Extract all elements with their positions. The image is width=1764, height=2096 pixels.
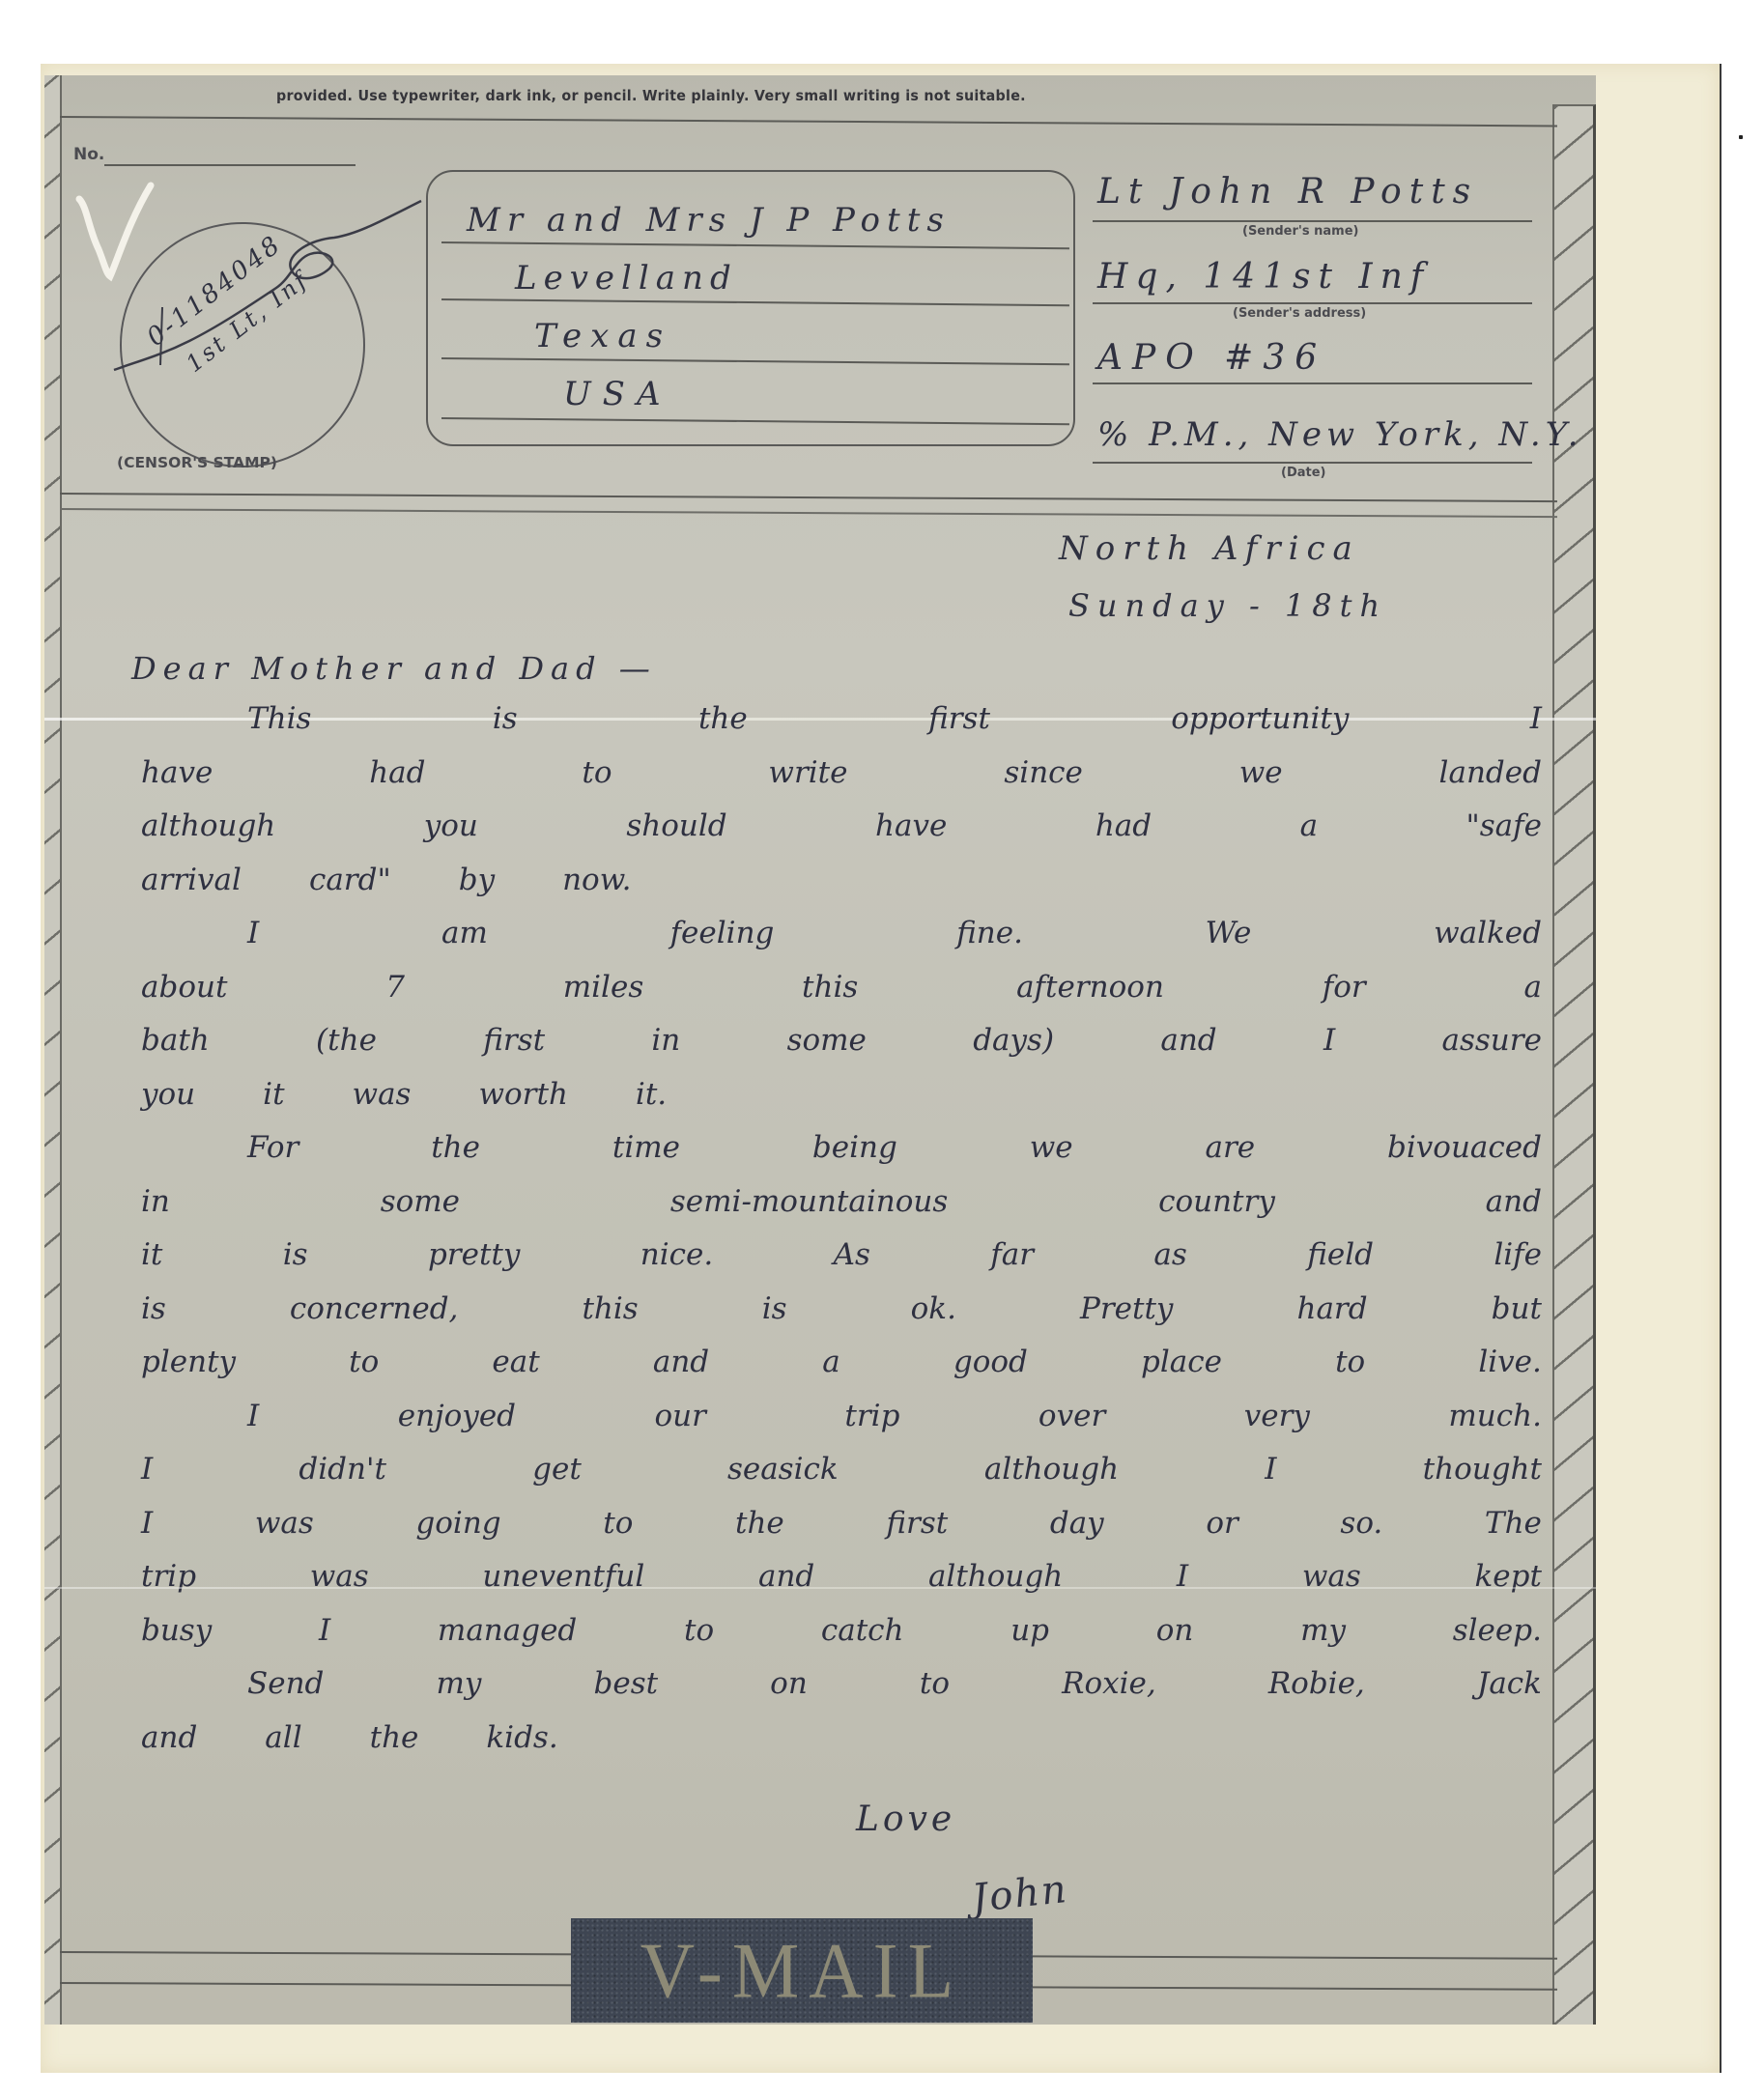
letter-word: worth	[478, 1077, 567, 1112]
letter-line: plentytoeatandagoodplacetolive.	[141, 1345, 1542, 1379]
form-instructions: provided. Use typewriter, dark ink, or p…	[276, 87, 1076, 104]
letter-word: to	[349, 1345, 379, 1379]
header-top-rule	[60, 116, 1557, 127]
letter-word: being	[812, 1130, 897, 1165]
recipient-country: USA	[563, 375, 672, 413]
letter-word: first	[886, 1506, 948, 1541]
letter-line: insomesemi-mountainouscountryand	[141, 1184, 1542, 1219]
letter-line: isconcerned,thisisok.Prettyhardbut	[141, 1291, 1542, 1326]
letter-line: Ienjoyedourtripoververymuch.	[141, 1399, 1542, 1433]
letter-word: a	[1300, 808, 1318, 843]
letter-word: This	[247, 701, 311, 736]
number-label: No.	[73, 145, 104, 164]
letter-word: my	[1300, 1613, 1346, 1648]
letter-word: I	[141, 1506, 153, 1541]
recipient-city: Levelland	[515, 259, 738, 297]
letter-word: far	[990, 1237, 1034, 1272]
letter-word: busy	[141, 1613, 212, 1648]
letter-line: ThisisthefirstopportunityI	[141, 701, 1542, 736]
letter-word: you	[141, 1077, 195, 1112]
letter-word: my	[437, 1666, 482, 1701]
letter-word: we	[1239, 755, 1283, 790]
letter-word: by	[459, 863, 495, 897]
letter-word: Jack	[1477, 1666, 1542, 1701]
letter-word: walked	[1434, 916, 1542, 950]
letter-word: much.	[1448, 1399, 1542, 1433]
separator-rule-1	[60, 493, 1557, 502]
letter-word: seasick	[727, 1452, 839, 1487]
letter-line: althoughyoushouldhavehada"safe	[141, 808, 1542, 843]
letter-word: to	[920, 1666, 950, 1701]
letter-word: in	[651, 1023, 680, 1058]
letter-word: good	[953, 1345, 1028, 1379]
letter-word: day	[1050, 1506, 1104, 1541]
letter-word: was	[255, 1506, 314, 1541]
censor-stamp-label: (CENSOR'S STAMP)	[117, 454, 277, 471]
letter-word: the	[735, 1506, 784, 1541]
letter-word: country	[1158, 1184, 1275, 1219]
address-line-2	[441, 298, 1069, 306]
letter-word: nice.	[640, 1237, 713, 1272]
sender-name-label: (Sender's name)	[1242, 224, 1359, 239]
fold-crease-lower	[44, 1587, 1596, 1589]
letter-word: in	[141, 1184, 170, 1219]
letter-word: we	[1030, 1130, 1073, 1165]
letter-line: havehadtowritesincewelanded	[141, 755, 1542, 790]
letter-word: concerned,	[290, 1291, 459, 1326]
letter-word: to	[1335, 1345, 1365, 1379]
letter-line: youitwasworthit.	[141, 1077, 1542, 1112]
letter-word: get	[532, 1452, 582, 1487]
letter-word: am	[441, 916, 488, 950]
letter-word: managed	[438, 1613, 577, 1648]
letter-word: afternoon	[1016, 970, 1164, 1005]
letter-signature: John	[970, 1867, 1070, 1921]
letter-word: catch	[821, 1613, 904, 1648]
letter-closing: Love	[856, 1799, 955, 1839]
letter-word: Pretty	[1080, 1291, 1173, 1326]
letter-word: although	[141, 808, 275, 843]
letter-word: write	[768, 755, 847, 790]
letter-word: trip	[844, 1399, 899, 1433]
letter-word: the	[370, 1720, 419, 1755]
letter-word: I	[1323, 1023, 1335, 1058]
letter-word: semi-mountainous	[670, 1184, 948, 1219]
letter-word: on	[770, 1666, 808, 1701]
vmail-banner-text: V-MAIL	[640, 1925, 963, 2017]
letter-word: up	[1010, 1613, 1049, 1648]
sender-name: Lt John R Potts	[1097, 172, 1478, 212]
letter-word: the	[431, 1130, 480, 1165]
letter-word: eat	[492, 1345, 539, 1379]
letter-word: it.	[636, 1077, 667, 1112]
letter-word: enjoyed	[398, 1399, 516, 1433]
letter-word: it	[141, 1237, 162, 1272]
letter-word: or	[1206, 1506, 1238, 1541]
letter-word: some	[787, 1023, 867, 1058]
scan-speck	[1739, 135, 1743, 139]
letter-word: some	[381, 1184, 460, 1219]
letter-word: plenty	[141, 1345, 236, 1379]
letter-word: As	[834, 1237, 870, 1272]
letter-line: Iamfeelingfine.Wewalked	[141, 916, 1542, 950]
letter-word: live.	[1478, 1345, 1542, 1379]
letter-word: our	[654, 1399, 705, 1433]
letter-line: Iwasgoingtothefirstdayorso.The	[141, 1506, 1542, 1541]
letter-word: I	[141, 1452, 153, 1487]
sender-postmaster: % P.M., New York, N.Y.	[1097, 415, 1583, 454]
right-hatched-border	[1552, 104, 1596, 2025]
sender-name-line	[1093, 220, 1532, 222]
letter-word: ok.	[911, 1291, 956, 1326]
letter-word: was	[353, 1077, 412, 1112]
separator-rule-2	[60, 508, 1557, 518]
letter-word: have	[141, 755, 213, 790]
sender-address: Hq, 141st Inf	[1097, 257, 1431, 297]
letter-word: and	[653, 1345, 709, 1379]
letter-word: hard	[1296, 1291, 1367, 1326]
letter-word: bivouaced	[1387, 1130, 1542, 1165]
letter-word: I	[247, 1399, 259, 1433]
letter-word: time	[612, 1130, 680, 1165]
letter-word: to	[684, 1613, 714, 1648]
letter-word: on	[1156, 1613, 1194, 1648]
letter-word: Send	[247, 1666, 324, 1701]
letter-word: but	[1492, 1291, 1542, 1326]
sender-apo: APO #36	[1097, 338, 1326, 378]
check-mark-icon	[73, 182, 160, 317]
letter-word: opportunity	[1171, 701, 1349, 736]
letter-word: to	[582, 755, 612, 790]
letter-word: landed	[1439, 755, 1542, 790]
letter-word: thought	[1423, 1452, 1542, 1487]
letter-word: over	[1038, 1399, 1105, 1433]
letter-word: is	[141, 1291, 166, 1326]
letter-word: (the	[316, 1023, 377, 1058]
letter-word: this	[802, 970, 858, 1005]
letter-word: "safe	[1466, 808, 1542, 843]
letter-word: going	[415, 1506, 500, 1541]
letter-place: North Africa	[1059, 529, 1360, 568]
letter-word: all	[265, 1720, 301, 1755]
letter-word: now.	[562, 863, 631, 897]
date-line	[1093, 462, 1532, 464]
letter-word: fine.	[956, 916, 1023, 950]
letter-word: first	[928, 701, 990, 736]
letter-word: as	[1153, 1237, 1186, 1272]
letter-date: Sunday - 18th	[1068, 587, 1387, 624]
letter-word: had	[1095, 808, 1152, 843]
sender-address-label: (Sender's address)	[1233, 306, 1366, 321]
sender-address-line	[1093, 302, 1532, 304]
letter-line: itisprettynice.Asfarasfieldlife	[141, 1237, 1542, 1272]
letter-line: Ididn'tgetseasickalthoughIthought	[141, 1452, 1542, 1487]
letter-line: SendmybestontoRoxie,Robie,Jack	[141, 1666, 1542, 1701]
letter-word: to	[603, 1506, 633, 1541]
address-line-1	[441, 241, 1069, 249]
letter-word: I	[1265, 1452, 1276, 1487]
letter-word: assure	[1441, 1023, 1541, 1058]
letter-word: is	[283, 1237, 308, 1272]
letter-word: I	[1530, 701, 1542, 736]
letter-word: you	[424, 808, 478, 843]
letter-word: miles	[563, 970, 643, 1005]
letter-word: I	[319, 1613, 330, 1648]
letter-line: arrivalcard"bynow.	[141, 863, 1542, 897]
letter-word: card"	[309, 863, 391, 897]
letter-word: very	[1244, 1399, 1310, 1433]
address-line-4	[441, 417, 1069, 425]
letter-word: and	[1160, 1023, 1216, 1058]
letter-word: for	[1323, 970, 1366, 1005]
sender-apo-line	[1093, 382, 1532, 384]
letter-word: although	[984, 1452, 1119, 1487]
letter-word: arrival	[141, 863, 242, 897]
letter-word: since	[1004, 755, 1083, 790]
letter-word: first	[483, 1023, 545, 1058]
recipient-name: Mr and Mrs J P Potts	[467, 201, 951, 240]
address-line-3	[441, 357, 1069, 365]
letter-word: bath	[141, 1023, 210, 1058]
letter-word: and	[141, 1720, 197, 1755]
recipient-state: Texas	[534, 317, 671, 355]
letter-word: sleep.	[1453, 1613, 1542, 1648]
date-label: (Date)	[1281, 466, 1325, 480]
letter-word: about	[141, 970, 227, 1005]
letter-word: For	[247, 1130, 299, 1165]
letter-word: have	[875, 808, 947, 843]
letter-word: best	[594, 1666, 659, 1701]
letter-line: about7milesthisafternoonfora	[141, 970, 1542, 1005]
left-hatched-border	[44, 75, 62, 2025]
letter-word: is	[493, 701, 518, 736]
letter-word: I	[247, 916, 259, 950]
letter-word: this	[582, 1291, 638, 1326]
letter-word: didn't	[299, 1452, 386, 1487]
letter-word: field	[1307, 1237, 1374, 1272]
letter-line: bath(thefirstinsomedays)andIassure	[141, 1023, 1542, 1058]
vmail-banner: V-MAIL	[571, 1918, 1033, 2023]
letter-word: are	[1205, 1130, 1255, 1165]
letter-word: should	[626, 808, 726, 843]
letter-word: it	[263, 1077, 284, 1112]
letter-word: pretty	[428, 1237, 520, 1272]
letter-salutation: Dear Mother and Dad —	[131, 650, 657, 687]
letter-word: kids.	[486, 1720, 557, 1755]
letter-word: The	[1485, 1506, 1542, 1541]
letter-word: is	[762, 1291, 787, 1326]
letter-word: Robie,	[1268, 1666, 1365, 1701]
letter-word: the	[698, 701, 748, 736]
letter-word: a	[1523, 970, 1541, 1005]
letter-line: busyImanagedtocatchuponmysleep.	[141, 1613, 1542, 1648]
letter-word: place	[1141, 1345, 1222, 1379]
letter-word: We	[1206, 916, 1252, 950]
letter-word: so.	[1340, 1506, 1382, 1541]
letter-word: feeling	[670, 916, 775, 950]
letter-line: Forthetimebeingwearebivouaced	[141, 1130, 1542, 1165]
letter-line: andallthekids.	[141, 1720, 1542, 1755]
letter-word: life	[1494, 1237, 1542, 1272]
letter-word: had	[369, 755, 425, 790]
letter-word: a	[822, 1345, 839, 1379]
letter-word: days)	[973, 1023, 1054, 1058]
letter-word: Roxie,	[1062, 1666, 1156, 1701]
letter-word: 7	[385, 970, 405, 1005]
recipient-address-box: Mr and Mrs J P Potts Levelland Texas USA	[426, 170, 1075, 446]
letter-word: and	[1486, 1184, 1542, 1219]
vmail-form: provided. Use typewriter, dark ink, or p…	[44, 75, 1596, 2025]
